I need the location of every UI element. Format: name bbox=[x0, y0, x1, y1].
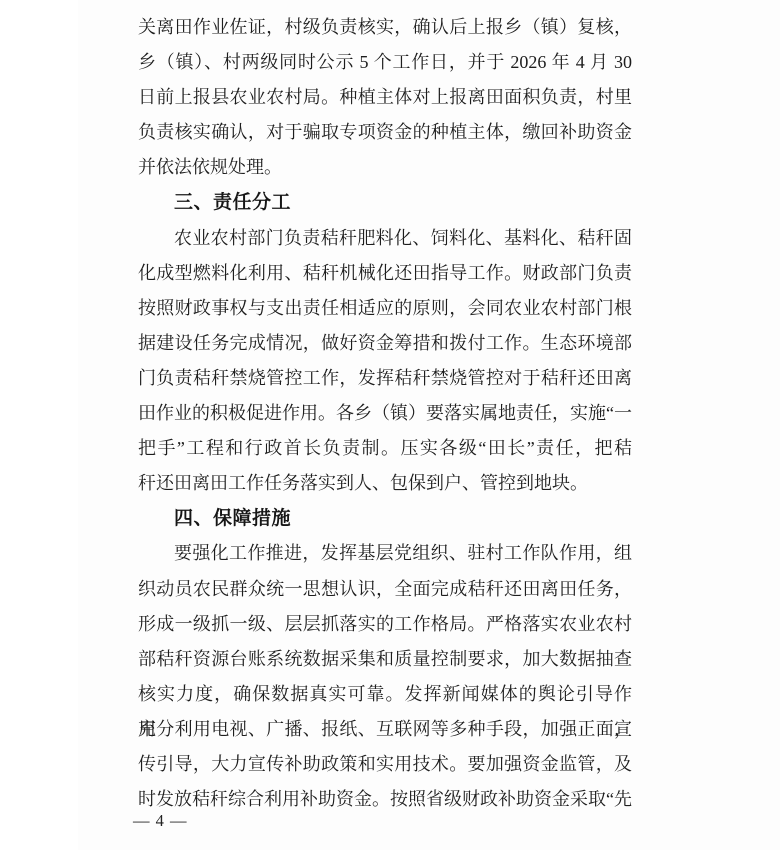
text-line: 门负责秸秆禁烧管控工作，发挥秸秆禁烧管控对于秸秆还田离 bbox=[138, 361, 632, 396]
text-line: 据建设任务完成情况，做好资金筹措和拨付工作。生态环境部 bbox=[138, 326, 632, 361]
text-line: 把手”工程和行政首长负责制。压实各级“田长”责任，把秸 bbox=[138, 431, 632, 466]
text-line: 织动员农民群众统一思想认识，全面完成秸秆还田离田任务， bbox=[138, 572, 632, 607]
text-line: 乡（镇）、村两级同时公示 5 个工作日，并于 2026 年 4 月 30 bbox=[138, 45, 632, 80]
text-line: 形成一级抓一级、层层抓落实的工作格局。严格落实农业农村 bbox=[138, 607, 632, 642]
text-line: 田作业的积极促进作用。各乡（镇）要落实属地责任，实施“一 bbox=[138, 396, 632, 431]
document-page: 关离田作业佐证，村级负责核实，确认后上报乡（镇）复核，乡（镇）、村两级同时公示 … bbox=[0, 0, 780, 850]
page-number: — 4 — bbox=[133, 811, 188, 831]
text-line: 核实力度，确保数据真实可靠。发挥新闻媒体的舆论引导作用， bbox=[138, 677, 632, 712]
text-line: 负责核实确认，对于骗取专项资金的种植主体，缴回补助资金 bbox=[138, 115, 632, 150]
document-text-block: 关离田作业佐证，村级负责核实，确认后上报乡（镇）复核，乡（镇）、村两级同时公示 … bbox=[138, 10, 632, 817]
section-heading: 三、责任分工 bbox=[138, 185, 632, 220]
section-heading: 四、保障措施 bbox=[138, 501, 632, 536]
text-line: 要强化工作推进，发挥基层党组织、驻村工作队作用，组 bbox=[138, 536, 632, 571]
text-line: 并依法依规处理。 bbox=[138, 150, 632, 185]
text-line: 日前上报县农业农村局。种植主体对上报离田面积负责，村里 bbox=[138, 80, 632, 115]
text-line: 部秸秆资源台账系统数据采集和质量控制要求，加大数据抽查 bbox=[138, 642, 632, 677]
text-line: 秆还田离田工作任务落实到人、包保到户、管控到地块。 bbox=[138, 466, 632, 501]
text-line: 充分利用电视、广播、报纸、互联网等多种手段，加强正面宣 bbox=[138, 712, 632, 747]
text-line: 时发放秸秆综合利用补助资金。按照省级财政补助资金采取“先 bbox=[138, 782, 632, 817]
text-line: 化成型燃料化利用、秸秆机械化还田指导工作。财政部门负责 bbox=[138, 256, 632, 291]
text-line: 农业农村部门负责秸秆肥料化、饲料化、基料化、秸秆固 bbox=[138, 221, 632, 256]
text-line: 关离田作业佐证，村级负责核实，确认后上报乡（镇）复核， bbox=[138, 10, 632, 45]
text-line: 传引导，大力宣传补助政策和实用技术。要加强资金监管，及 bbox=[138, 747, 632, 782]
text-line: 按照财政事权与支出责任相适应的原则，会同农业农村部门根 bbox=[138, 291, 632, 326]
